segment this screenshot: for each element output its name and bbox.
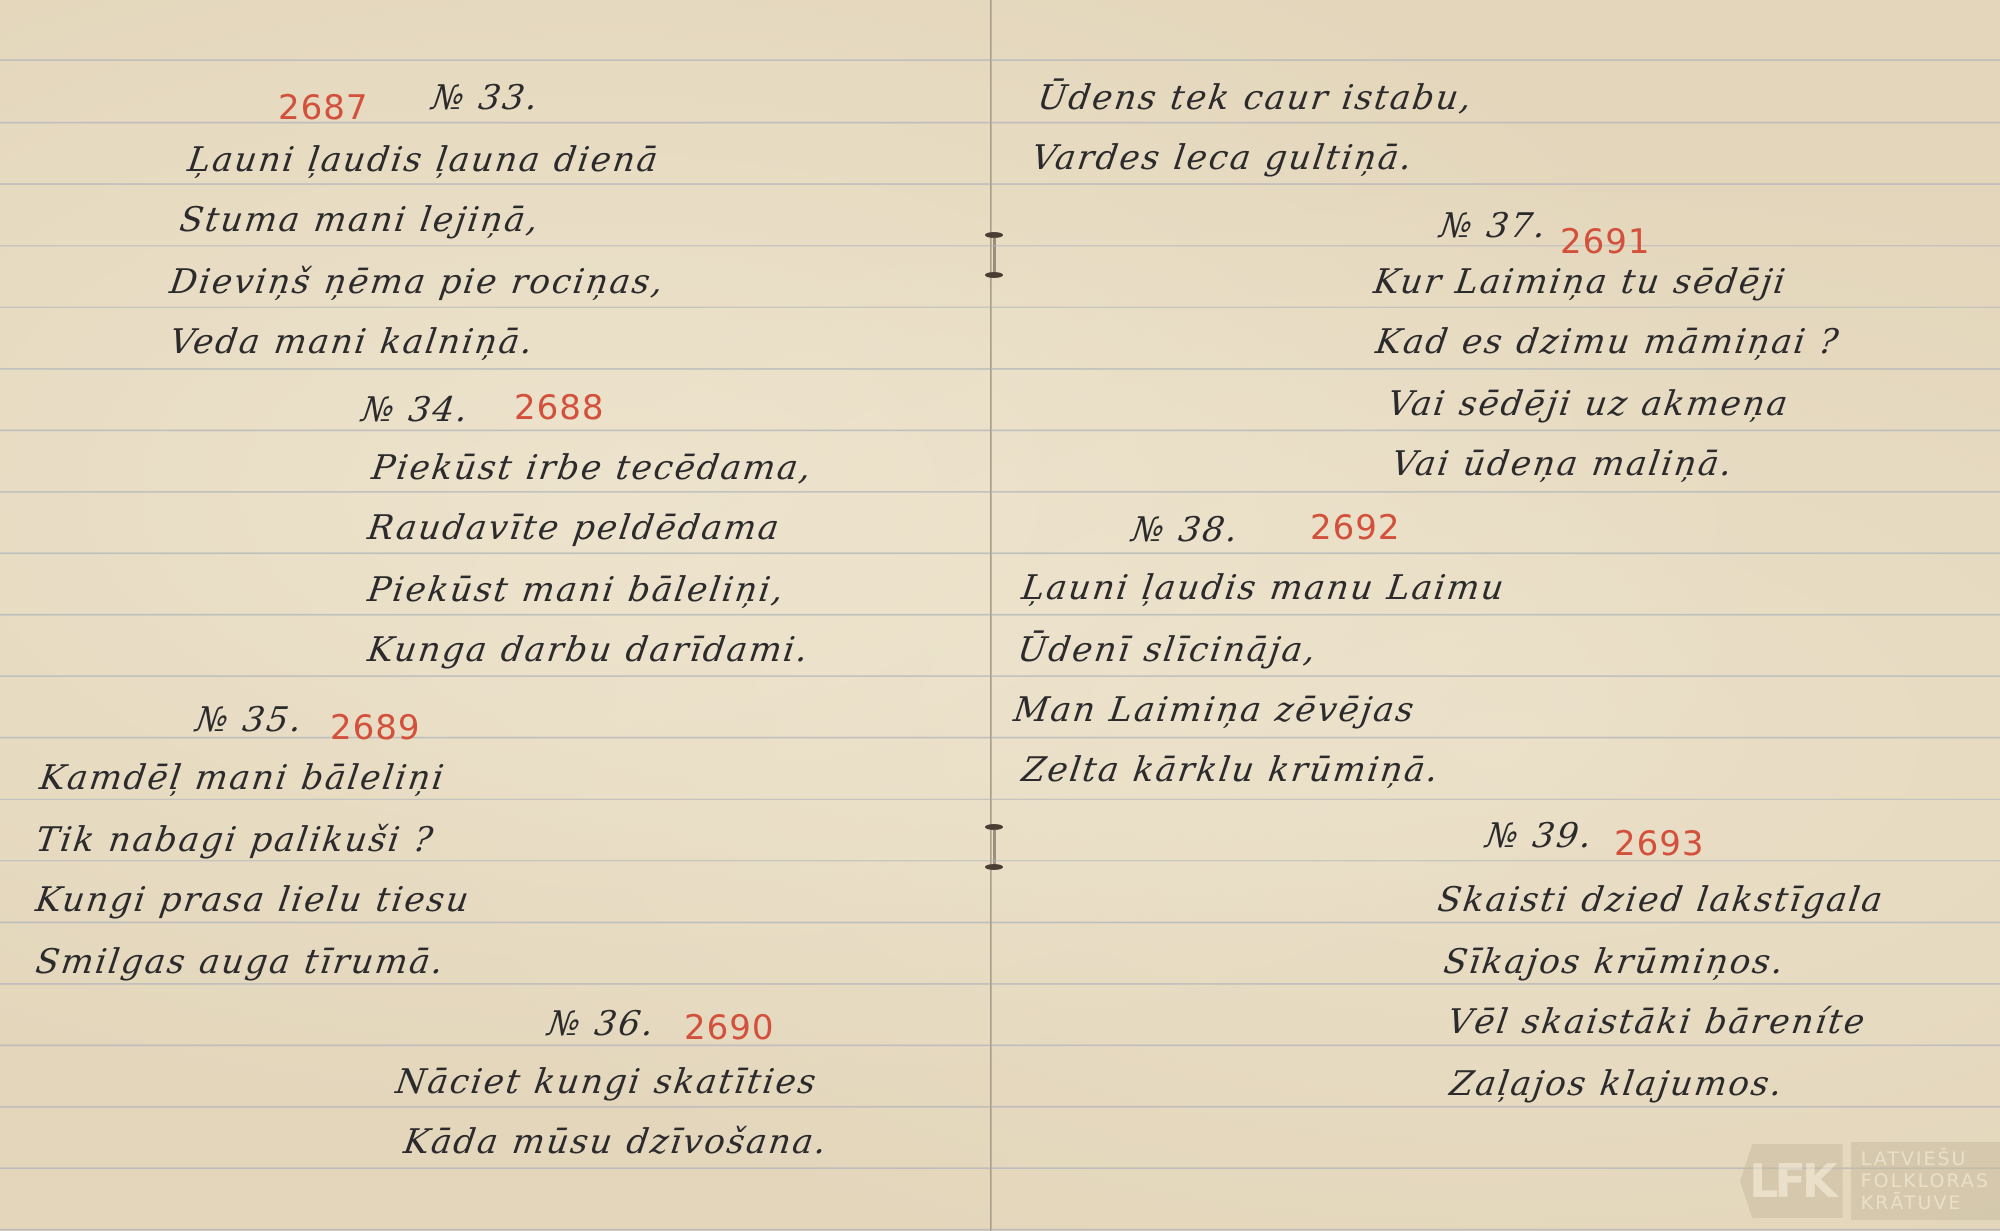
- right-page: Ūdens tek caur istabu, Vardes leca gulti…: [992, 0, 2000, 1231]
- verse-line: Piekūst irbe tecēdama,: [369, 448, 815, 488]
- verse-line: Ūdens tek caur istabu,: [1035, 78, 1476, 118]
- verse-line: Raudavīte peldēdama: [365, 508, 783, 548]
- ruled-lines: [0, 0, 990, 1231]
- archive-watermark: LFK LATVIEŠU FOLKLORAS KRĀTUVE: [1740, 1131, 2000, 1231]
- verse-line: Vai ūdeņa maliņā.: [1389, 444, 1736, 484]
- song-number: № 34.: [359, 390, 472, 430]
- song-number: № 38.: [1129, 510, 1242, 550]
- verse-line: Vai sēdēji uz akmeņa: [1385, 384, 1792, 424]
- verse-line: Kungi prasa lielu tiesu: [33, 880, 473, 920]
- archive-number: 2687: [278, 88, 369, 128]
- verse-line: Ļauni ļaudis manu Laimu: [1019, 568, 1508, 608]
- song-number: № 39.: [1483, 816, 1596, 856]
- archive-number: 2693: [1614, 824, 1705, 864]
- archive-number: 2691: [1560, 222, 1651, 262]
- song-number: № 33.: [429, 78, 542, 118]
- verse-line: Sīkajos krūmiņos.: [1441, 942, 1787, 982]
- watermark-line: KRĀTUVE: [1861, 1192, 1990, 1214]
- verse-line: Veda mani kalniņā.: [167, 322, 537, 362]
- verse-line: Ūdenī slīcināja,: [1015, 630, 1320, 670]
- verse-line: Stuma mani lejiņā,: [177, 200, 542, 240]
- lfk-logo-icon: LFK: [1740, 1144, 1843, 1218]
- notebook-spread: 2687 № 33. Ļauni ļaudis ļauna dienā Stum…: [0, 0, 2000, 1231]
- archive-number: 2690: [684, 1008, 775, 1048]
- verse-line: Nāciet kungi skatīties: [393, 1062, 820, 1102]
- watermark-text: LATVIEŠU FOLKLORAS KRĀTUVE: [1851, 1142, 2000, 1220]
- verse-line: Skaisti dzied lakstīgala: [1435, 880, 1887, 920]
- verse-line: Zelta kārklu krūmiņā.: [1019, 750, 1442, 790]
- verse-line: Kad es dzimu māmiņai ?: [1373, 322, 1842, 362]
- watermark-line: FOLKLORAS: [1861, 1170, 1990, 1192]
- verse-line: Man Laimiņa zēvējas: [1011, 690, 1418, 730]
- verse-line: Kunga darbu darīdami.: [365, 630, 812, 670]
- watermark-line: LATVIEŠU: [1861, 1148, 1990, 1170]
- verse-line: Smilgas auga tīrumā.: [33, 942, 447, 982]
- archive-number: 2688: [514, 388, 605, 428]
- ruled-lines: [992, 0, 2000, 1231]
- archive-number: 2692: [1310, 508, 1401, 548]
- verse-line: Piekūst mani bāleliņi,: [365, 570, 787, 610]
- song-number: № 36.: [545, 1004, 658, 1044]
- verse-line: Ļauni ļaudis ļauna dienā: [185, 140, 662, 180]
- verse-line: Dieviņš ņēma pie rociņas,: [167, 262, 667, 302]
- song-number: № 35.: [193, 700, 306, 740]
- verse-line: Kāda mūsu dzīvošana.: [401, 1122, 830, 1162]
- left-page: 2687 № 33. Ļauni ļaudis ļauna dienā Stum…: [0, 0, 990, 1231]
- verse-line: Vardes leca gultiņā.: [1029, 138, 1416, 178]
- song-number: № 37.: [1437, 206, 1550, 246]
- verse-line: Zaļajos klajumos.: [1447, 1064, 1786, 1104]
- verse-line: Kur Laimiņa tu sēdēji: [1371, 262, 1789, 302]
- verse-line: Tik nabagi palikuši ?: [33, 820, 437, 860]
- archive-number: 2689: [330, 708, 421, 748]
- verse-line: Vēl skaistāki bāreníte: [1445, 1002, 1869, 1042]
- verse-line: Kamdēļ mani bāleliņi: [37, 758, 448, 798]
